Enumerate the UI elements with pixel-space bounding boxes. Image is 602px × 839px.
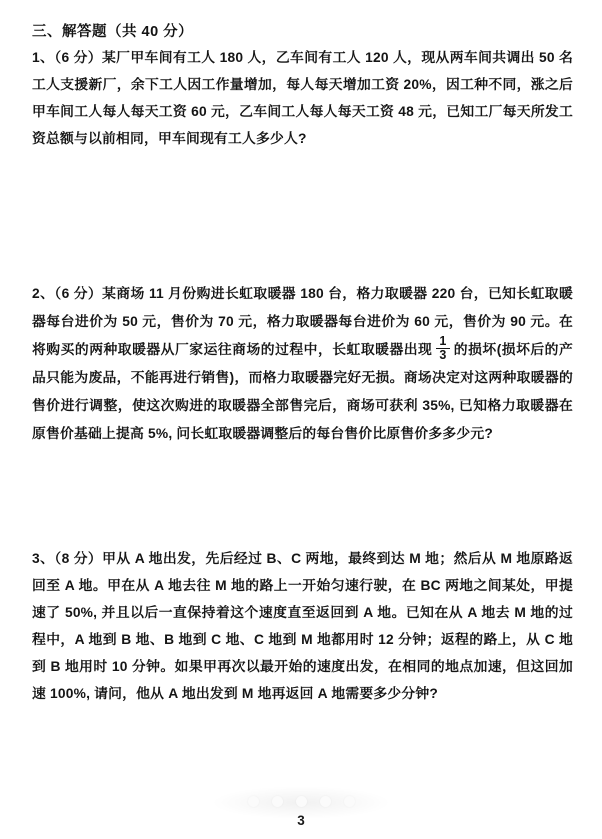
fraction-denominator: 3 xyxy=(436,348,449,362)
pagination-dot[interactable] xyxy=(320,796,331,807)
exam-page: 三、解答题（共 40 分） 1、（6 分）某厂甲车间有工人 180 人，乙车间有… xyxy=(0,0,602,839)
fraction-numerator: 1 xyxy=(436,335,449,348)
problem-1-text: 1、（6 分）某厂甲车间有工人 180 人，乙车间有工人 120 人，现从两车间… xyxy=(32,50,573,146)
pagination-dot[interactable] xyxy=(296,796,307,807)
problem-2: 2、（6 分）某商场 11 月份购进长虹取暖器 180 台，格力取暖器 220 … xyxy=(32,280,573,448)
section-header: 三、解答题（共 40 分） xyxy=(32,20,193,41)
problem-3-text: 3、（8 分）甲从 A 地出发，先后经过 B、C 两地，最终到达 M 地；然后从… xyxy=(32,551,573,701)
problem-3: 3、（8 分）甲从 A 地出发，先后经过 B、C 两地，最终到达 M 地；然后从… xyxy=(32,545,573,707)
pagination-dot[interactable] xyxy=(344,796,355,807)
page-number: 3 xyxy=(0,813,602,828)
pagination-dot[interactable] xyxy=(248,796,259,807)
one-third-fraction: 13 xyxy=(436,335,449,362)
problem-1: 1、（6 分）某厂甲车间有工人 180 人，乙车间有工人 120 人，现从两车间… xyxy=(32,44,573,152)
pagination-dot[interactable] xyxy=(272,796,283,807)
